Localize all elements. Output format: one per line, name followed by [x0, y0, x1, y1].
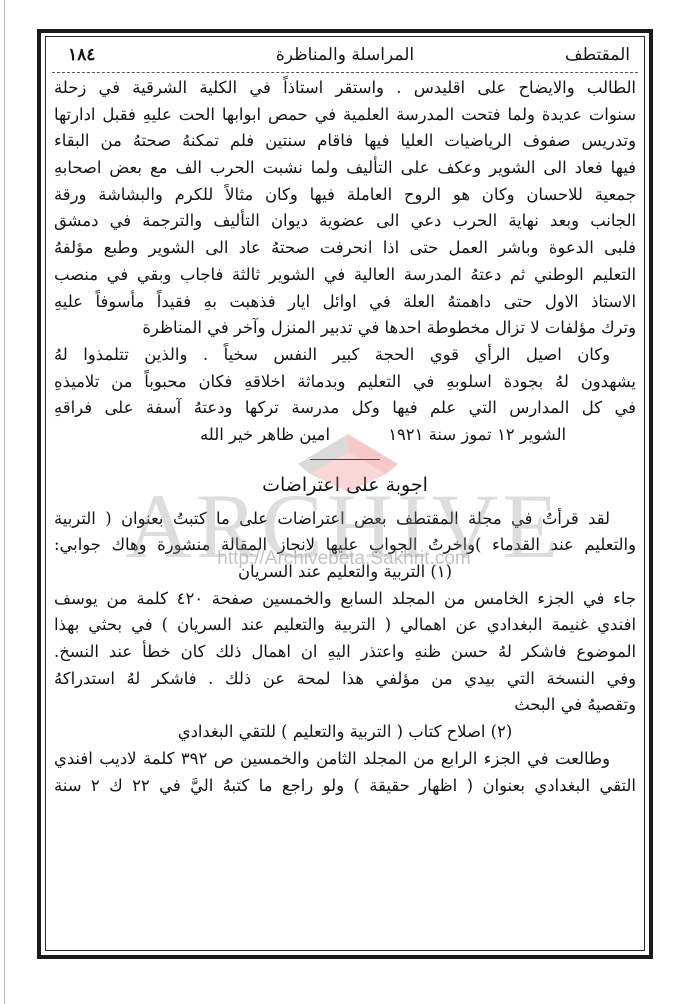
text-line: وترك مؤلفات لا تزال مخطوطة احدها في تدبي…	[50, 315, 640, 342]
text-line: الموضوع فاشكر لهُ حسن ظنهِ واعتذر اليهِ …	[50, 639, 640, 666]
text-line: سنوات عديدة ولما فتحت المدرسة العلمية في…	[50, 102, 640, 129]
text-line: جاء في الجزء الخامس من المجلد السابع وال…	[50, 586, 640, 613]
author-name: امين ظاهر خير الله	[200, 422, 330, 449]
text-line: الجانب وبعد نهاية الحرب دعي الى عضوية دي…	[50, 208, 640, 235]
document-page: المقتطف المراسلة والمناظرة ١٨٤ الطالب وا…	[50, 40, 640, 945]
text-line: لقد قرأتُ في مجلة المقتطف بعض اعتراضات ع…	[50, 506, 640, 533]
text-line: افندي غنيمة البغدادي عن اهمالي ( التربية…	[50, 612, 640, 639]
text-line: وكان اصيل الرأي قوي الحجة كبير النفس سخي…	[50, 342, 640, 369]
text-line: التقي البغدادي بعنوان ( اظهار حقيقة ) ول…	[50, 773, 640, 800]
section-divider	[310, 459, 380, 460]
running-head: المقتطف المراسلة والمناظرة ١٨٤	[50, 40, 640, 70]
text-line: التعليم الوطني ثم دعتهُ المدرسة العالية …	[50, 262, 640, 289]
text-line: والتعليم عند القدماء )واخرتُ الجواب عليه…	[50, 532, 640, 559]
section-title: المراسلة والمناظرة	[50, 40, 640, 70]
obituary-body: الطالب والايضاح على اقليدس . واستقر استا…	[50, 75, 640, 449]
text-line: وفي النسخة التي بيدي من مؤلفي هذا لمحة ع…	[50, 666, 640, 693]
header-rule	[52, 72, 638, 73]
text-line: الاستاذ الاول حتى داهمتهُ العلة في اوائل…	[50, 289, 640, 316]
text-line: وطالعت في الجزء الرابع من المجلد الثامن …	[50, 746, 640, 773]
page-number: ١٨٤	[68, 40, 95, 70]
text-line: وتدريس صفوف الرياضيات العليا فيها فاقام …	[50, 128, 640, 155]
text-line: يشهدون لهُ بجودة اسلوبهِ في التعليم وبدم…	[50, 369, 640, 396]
text-line: فيها فعاد الى الشوير وعكف على التأليف ول…	[50, 155, 640, 182]
subheading-2: (٢) اصلاح كتاب ( التربية والتعليم ) للتق…	[50, 719, 640, 746]
article-body: لقد قرأتُ في مجلة المقتطف بعض اعتراضات ع…	[50, 506, 640, 800]
text-line: الطالب والايضاح على اقليدس . واستقر استا…	[50, 75, 640, 102]
article-title: اجوبة على اعتراضات	[50, 470, 640, 500]
scan-edge-line	[4, 0, 5, 1004]
text-line: جمعية للاحسان وكان هو الروح العاملة فيها…	[50, 182, 640, 209]
text-line: وتقصيهُ في البحث	[50, 692, 640, 719]
place-date: الشوير ١٢ تموز سنة ١٩٢١	[388, 422, 566, 449]
text-line: في كل المدارس التي علم فيها وكل مدرسة تر…	[50, 395, 640, 422]
subheading-1: (١) التربية والتعليم عند السريان	[50, 559, 640, 586]
signature-line: الشوير ١٢ تموز سنة ١٩٢١ امين ظاهر خير ال…	[50, 422, 640, 449]
text-line: فلبى الدعوة وباشر العمل حتى اذا انحرفت ص…	[50, 235, 640, 262]
